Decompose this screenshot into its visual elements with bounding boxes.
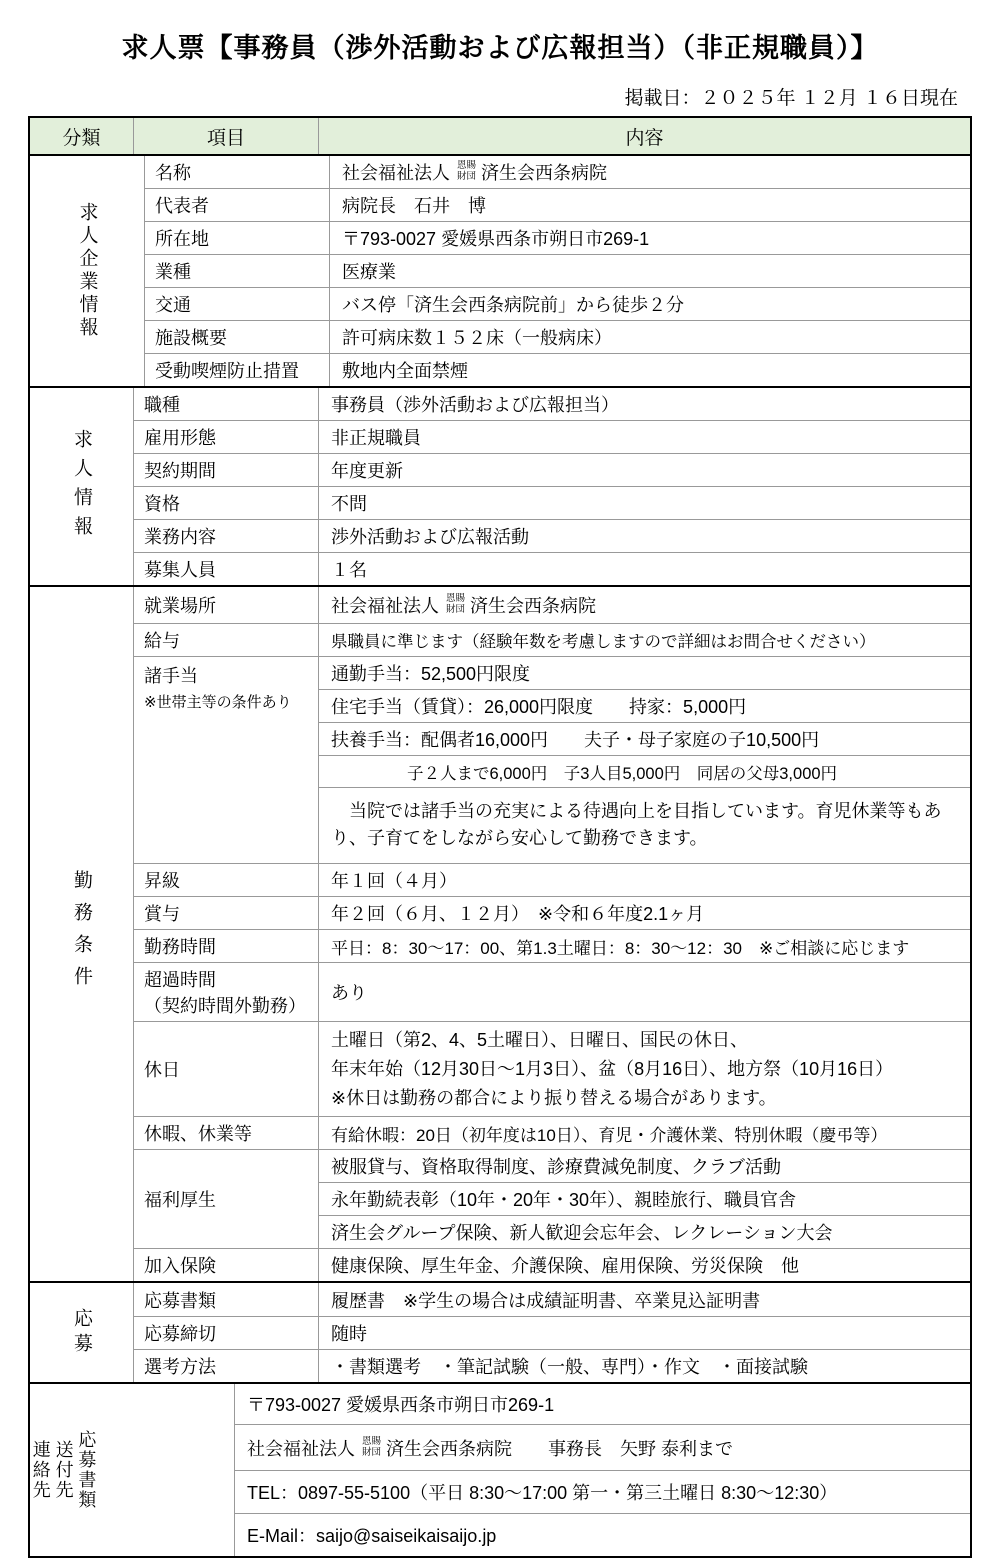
holiday-line: ※休日は勤務の都合により振り替える場合があります。 [331, 1084, 777, 1113]
table-row: 職種 事務員（渉外活動および広報担当） [134, 388, 970, 420]
category-cell-company: 求人企業情報 [30, 156, 145, 386]
allowance-item: 住宅手当（賃貸）：26,000円限度 持家：5,000円 [319, 689, 970, 722]
item-value: 県職員に準じます（経験年数を考慮しますので詳細はお問合せください） [319, 624, 970, 656]
item-label: 応募書類 [134, 1283, 319, 1316]
category-label: 応募 [72, 1308, 91, 1358]
category-cell-apply: 応募 [30, 1283, 134, 1382]
category-label-columns: 連絡先 送付先 応募書類 [30, 1430, 234, 1510]
org-title: 済生会西条病院 [386, 1435, 512, 1461]
item-label: 給与 [134, 624, 319, 656]
holiday-line: 土曜日（第2、4、5土曜日）、日曜日、国民の休日、 [331, 1026, 748, 1055]
table-row: 募集人員 １名 [134, 552, 970, 585]
item-value: 随時 [319, 1317, 970, 1349]
item-label: 休暇、休業等 [134, 1117, 319, 1149]
category-col-sofusaki: 送付先 [53, 1440, 73, 1500]
table-row: 昇級 年１回（４月） [134, 863, 970, 896]
item-label: 募集人員 [134, 553, 319, 585]
holiday-line: 年末年始（12月30日～1月3日）、盆（8月16日）、地方祭（10月16日） [331, 1055, 893, 1084]
table-row: 給与 県職員に準じます（経験年数を考慮しますので詳細はお問合せください） [134, 623, 970, 656]
stack-bottom: 財団 [362, 1448, 381, 1459]
item-value: 年度更新 [319, 454, 970, 486]
item-label: 資格 [134, 487, 319, 519]
item-value: 年１回（４月） [319, 864, 970, 896]
table-row: 応募書類 履歴書 ※学生の場合は成績証明書、卒業見込証明書 [134, 1283, 970, 1316]
item-label: 諸手当 ※世帯主等の条件あり [134, 657, 319, 863]
page-title: 求人票【事務員（渉外活動および広報担当）（非正規職員）】 [0, 0, 1000, 65]
item-value: 不問 [319, 487, 970, 519]
item-value: 健康保険、厚生年金、介護保険、雇用保険、労災保険 他 [319, 1249, 970, 1281]
item-value: 非正規職員 [319, 421, 970, 453]
allowance-item: 子２人まで6,000円 子3人目5,000円 同居の父母3,000円 [319, 755, 970, 787]
category-label: 勤務条件 [72, 870, 91, 998]
stacked-foundation-text: 恩賜 財団 [362, 1437, 381, 1459]
item-label: 業務内容 [134, 520, 319, 552]
welfare-subrows: 被服貸与、資格取得制度、診療費減免制度、クラブ活動 永年勤続表彰（10年・20年… [319, 1150, 970, 1248]
table-row: 賞与 年２回（６月、１２月） ※令和６年度2.1ヶ月 [134, 896, 970, 929]
contact-org: 社会福祉法人 恩賜 財団 済生会西条病院 事務長 矢野 泰利まで [235, 1424, 970, 1470]
item-label: 賞与 [134, 897, 319, 929]
job-posting-table: 分類 項目 内容 求人企業情報 名称 社会福祉法人 恩賜 財団 済生会西条病院 [28, 116, 972, 1558]
table-row: 業種 医療業 [145, 254, 970, 287]
section-job-info: 求人情報 職種 事務員（渉外活動および広報担当） 雇用形態 非正規職員 契約期間… [30, 386, 970, 585]
item-label: 休日 [134, 1022, 319, 1116]
stacked-foundation-text: 恩賜 財団 [457, 161, 476, 183]
item-label: 福利厚生 [134, 1150, 319, 1248]
table-row-allowances: 諸手当 ※世帯主等の条件あり 通勤手当：52,500円限度 住宅手当（賃貸）：2… [134, 656, 970, 863]
table-row: 代表者 病院長 石井 博 [145, 188, 970, 221]
item-value: 事務員（渉外活動および広報担当） [319, 388, 970, 420]
org-title: 済生会西条病院 [481, 159, 607, 185]
item-value: あり [319, 963, 970, 1021]
table-header-row: 分類 項目 内容 [30, 118, 970, 156]
header-content: 内容 [319, 118, 970, 154]
contact-rows: 〒793-0027 愛媛県西条市朔日市269-1 社会福祉法人 恩賜 財団 済生… [235, 1384, 970, 1556]
table-row: 休暇、休業等 有給休暇：20日（初年度は10日）、育児・介護休業、特別休暇（慶弔… [134, 1116, 970, 1149]
category-cell-contact: 連絡先 送付先 応募書類 [30, 1384, 235, 1556]
org-prefix: 社会福祉法人 [342, 159, 450, 185]
table-row: 勤務時間 平日：8：30～17：00、第1.3土曜日：8：30～12：30 ※ご… [134, 929, 970, 962]
item-label: 勤務時間 [134, 930, 319, 962]
item-value: 履歴書 ※学生の場合は成績証明書、卒業見込証明書 [319, 1283, 970, 1316]
apply-rows: 応募書類 履歴書 ※学生の場合は成績証明書、卒業見込証明書 応募締切 随時 選考… [134, 1283, 970, 1382]
publication-date: 掲載日：２０２５年 １２月 １６日現在 [0, 83, 958, 110]
table-row: 就業場所 社会福祉法人 恩賜 財団 済生会西条病院 [134, 587, 970, 623]
table-row: 応募締切 随時 [134, 1316, 970, 1349]
table-row: 雇用形態 非正規職員 [134, 420, 970, 453]
allowances-note: ※世帯主等の条件あり [144, 691, 314, 712]
table-row: 資格 不問 [134, 486, 970, 519]
table-row: 受動喫煙防止措置 敷地内全面禁煙 [145, 353, 970, 386]
item-label: 受動喫煙防止措置 [145, 354, 330, 386]
category-col-oboshorui: 応募書類 [76, 1430, 96, 1510]
item-value: 渉外活動および広報活動 [319, 520, 970, 552]
company-rows: 名称 社会福祉法人 恩賜 財団 済生会西条病院 代表者 病院長 石井 博 所在地… [145, 156, 970, 386]
section-contact: 連絡先 送付先 応募書類 〒793-0027 愛媛県西条市朔日市269-1 社会… [30, 1382, 970, 1556]
item-value: ・書類選考 ・筆記試験（一般、専門）・作文 ・面接試験 [319, 1350, 970, 1382]
stacked-foundation-text: 恩賜 財団 [446, 594, 465, 616]
table-row: 業務内容 渉外活動および広報活動 [134, 519, 970, 552]
table-row: 休日 土曜日（第2、4、5土曜日）、日曜日、国民の休日、 年末年始（12月30日… [134, 1021, 970, 1116]
item-label: 名称 [145, 156, 330, 188]
item-value: バス停「済生会西条病院前」から徒歩２分 [330, 288, 970, 320]
item-label: 交通 [145, 288, 330, 320]
table-row: 加入保険 健康保険、厚生年金、介護保険、雇用保険、労災保険 他 [134, 1248, 970, 1281]
org-prefix: 社会福祉法人 [331, 592, 439, 618]
item-label: 選考方法 [134, 1350, 319, 1382]
allowances-subrows: 通勤手当：52,500円限度 住宅手当（賃貸）：26,000円限度 持家：5,0… [319, 657, 970, 863]
item-label: 契約期間 [134, 454, 319, 486]
welfare-item: 永年勤続表彰（10年・20年・30年）、親睦旅行、職員官舎 [319, 1182, 970, 1215]
section-work-conditions: 勤務条件 就業場所 社会福祉法人 恩賜 財団 済生会西条病院 給与 県職員に準じ… [30, 585, 970, 1281]
holidays-value: 土曜日（第2、4、5土曜日）、日曜日、国民の休日、 年末年始（12月30日～1月… [319, 1022, 970, 1116]
stack-bottom: 財団 [446, 605, 465, 616]
item-label: 職種 [134, 388, 319, 420]
job-rows: 職種 事務員（渉外活動および広報担当） 雇用形態 非正規職員 契約期間 年度更新… [134, 388, 970, 585]
header-item: 項目 [134, 118, 319, 154]
category-label: 求人情報 [72, 429, 91, 545]
org-title: 済生会西条病院 [470, 592, 596, 618]
table-row-welfare: 福利厚生 被服貸与、資格取得制度、診療費減免制度、クラブ活動 永年勤続表彰（10… [134, 1149, 970, 1248]
item-label: 代表者 [145, 189, 330, 221]
item-label: 雇用形態 [134, 421, 319, 453]
item-value: 病院長 石井 博 [330, 189, 970, 221]
item-label: 加入保険 [134, 1249, 319, 1281]
contact-person: 事務長 矢野 泰利まで [512, 1435, 733, 1461]
stack-bottom: 財団 [457, 172, 476, 183]
item-label: 超過時間 （契約時間外勤務） [134, 963, 319, 1021]
section-application: 応募 応募書類 履歴書 ※学生の場合は成績証明書、卒業見込証明書 応募締切 随時… [30, 1281, 970, 1382]
overtime-label: 超過時間 [144, 966, 314, 992]
table-row: 名称 社会福祉法人 恩賜 財団 済生会西条病院 [145, 156, 970, 188]
item-value: 許可病床数１５２床（一般病床） [330, 321, 970, 353]
category-col-renrakusaki: 連絡先 [30, 1440, 50, 1500]
table-row: 選考方法 ・書類選考 ・筆記試験（一般、専門）・作文 ・面接試験 [134, 1349, 970, 1382]
section-company-info: 求人企業情報 名称 社会福祉法人 恩賜 財団 済生会西条病院 代表者 病院長 石… [30, 156, 970, 386]
org-name: 社会福祉法人 恩賜 財団 済生会西条病院 [319, 587, 970, 623]
allowance-note-paragraph: 当院では諸手当の充実による待遇向上を目指しています。育児休業等もあり、子育てをし… [319, 787, 970, 863]
contact-email: E-Mail：saijo@saiseikaisaijo.jp [235, 1513, 970, 1556]
item-value: 医療業 [330, 255, 970, 287]
welfare-item: 済生会グループ保険、新人歓迎会忘年会、レクレーション大会 [319, 1215, 970, 1248]
item-value: 年２回（６月、１２月） ※令和６年度2.1ヶ月 [319, 897, 970, 929]
item-label: 業種 [145, 255, 330, 287]
item-label: 応募締切 [134, 1317, 319, 1349]
table-row: 施設概要 許可病床数１５２床（一般病床） [145, 320, 970, 353]
category-label: 求人企業情報 [78, 202, 97, 340]
contact-tel: TEL：0897-55-5100（平日 8:30～17:00 第一・第三土曜日 … [235, 1470, 970, 1513]
category-cell-conditions: 勤務条件 [30, 587, 134, 1281]
header-category: 分類 [30, 118, 134, 154]
org-prefix: 社会福祉法人 [247, 1435, 355, 1461]
welfare-item: 被服貸与、資格取得制度、診療費減免制度、クラブ活動 [319, 1150, 970, 1182]
table-row: 所在地 〒793-0027 愛媛県西条市朔日市269-1 [145, 221, 970, 254]
contact-address: 〒793-0027 愛媛県西条市朔日市269-1 [235, 1384, 970, 1424]
org-name: 社会福祉法人 恩賜 財団 済生会西条病院 [330, 156, 970, 188]
allowance-item: 通勤手当：52,500円限度 [319, 657, 970, 689]
table-row: 超過時間 （契約時間外勤務） あり [134, 962, 970, 1021]
item-label: 施設概要 [145, 321, 330, 353]
category-cell-job: 求人情報 [30, 388, 134, 585]
item-value: 〒793-0027 愛媛県西条市朔日市269-1 [330, 222, 970, 254]
allowance-item: 扶養手当：配偶者16,000円 夫子・母子家庭の子10,500円 [319, 722, 970, 755]
item-value: 有給休暇：20日（初年度は10日）、育児・介護休業、特別休暇（慶弔等） [319, 1117, 970, 1149]
item-label: 就業場所 [134, 587, 319, 623]
item-value: １名 [319, 553, 970, 585]
item-value: 平日：8：30～17：00、第1.3土曜日：8：30～12：30 ※ご相談に応じ… [319, 930, 970, 962]
overtime-label2: （契約時間外勤務） [144, 992, 314, 1018]
item-value: 敷地内全面禁煙 [330, 354, 970, 386]
item-label: 所在地 [145, 222, 330, 254]
item-label: 昇級 [134, 864, 319, 896]
table-row: 交通 バス停「済生会西条病院前」から徒歩２分 [145, 287, 970, 320]
allowances-label: 諸手当 [144, 662, 314, 688]
table-row: 契約期間 年度更新 [134, 453, 970, 486]
conditions-rows: 就業場所 社会福祉法人 恩賜 財団 済生会西条病院 給与 県職員に準じます（経験… [134, 587, 970, 1281]
